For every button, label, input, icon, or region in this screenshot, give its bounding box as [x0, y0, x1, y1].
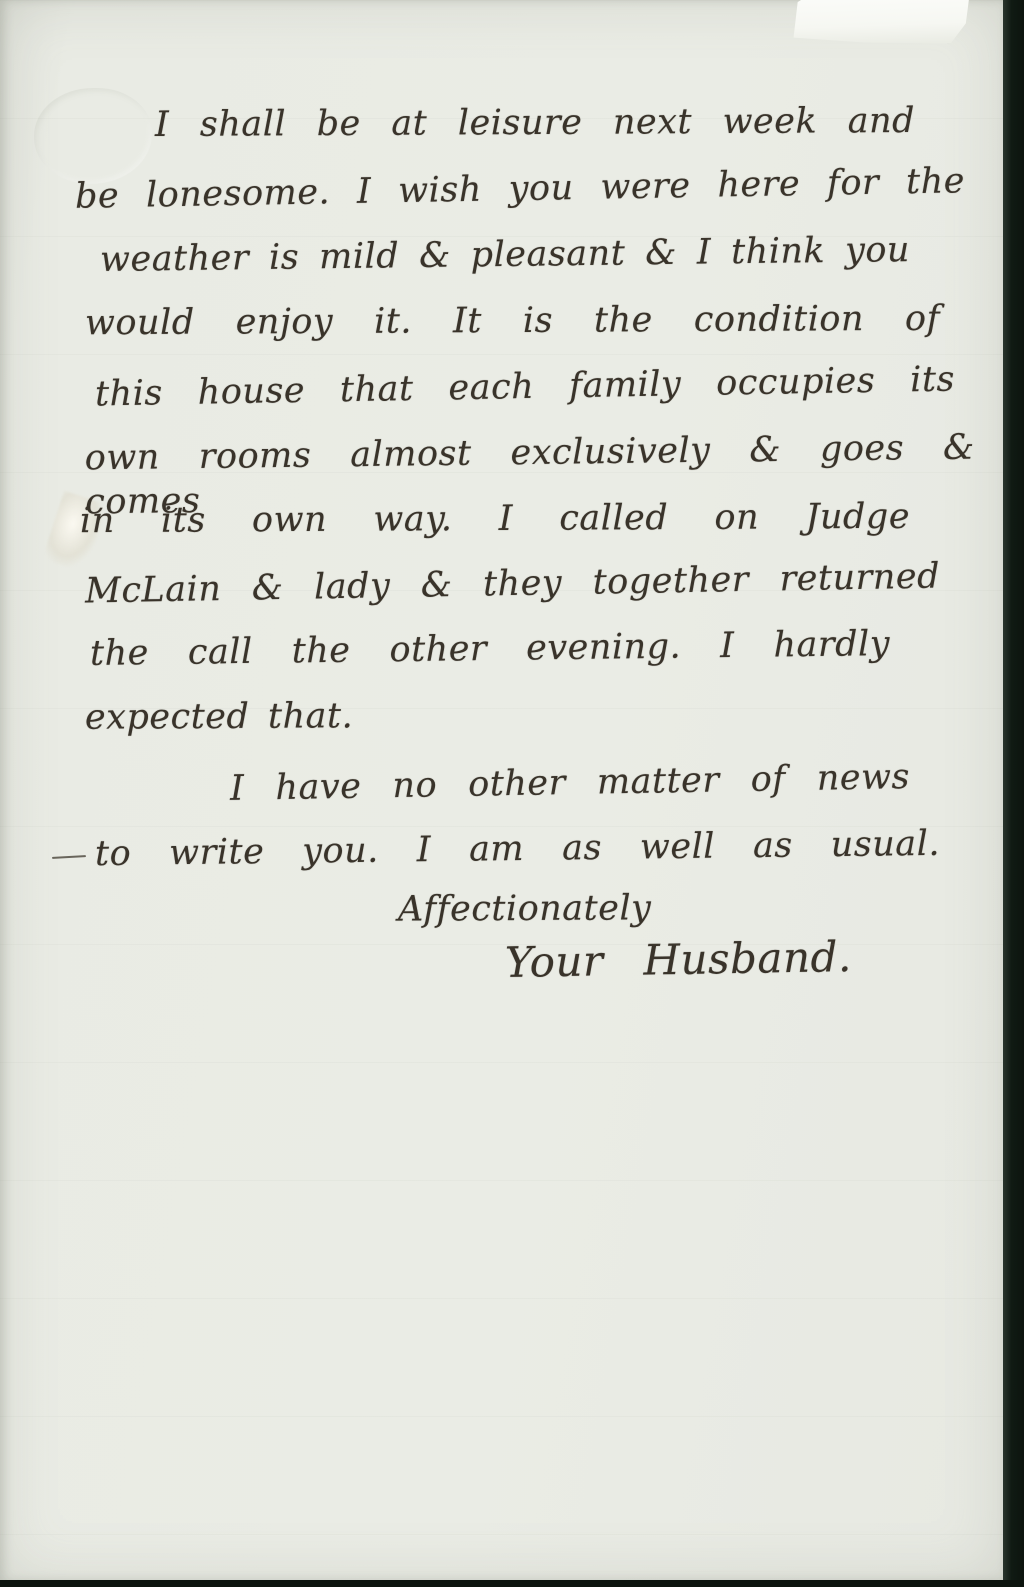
letter-line-5: this house that each family occupies its: [95, 358, 956, 417]
letter-line-1: I shall be at leisure next week and: [155, 100, 915, 148]
scan-backdrop-right: [1003, 0, 1024, 1587]
letter-line-8: McLain & lady & they together returned: [85, 556, 941, 615]
letter-line-4: would enjoy it. It is the condition of: [85, 298, 940, 346]
letter-line-9: the call the other evening. I hardly: [90, 623, 890, 677]
letter-line-3: weather is mild & pleasant & I think you: [100, 229, 910, 283]
letter-line-2: be lonesome. I wish you were here for th…: [75, 160, 966, 219]
scan-backdrop-bottom: [0, 1580, 1024, 1587]
letter-body: I shall be at leisure next week and be l…: [0, 0, 1003, 1581]
letter-page: I shall be at leisure next week and be l…: [0, 0, 1003, 1581]
letter-closing: Affectionately: [398, 887, 652, 932]
letter-line-7: in its own way. I called on Judge: [80, 496, 910, 544]
letter-line-10: expected that.: [85, 695, 353, 740]
letter-line-12: to write you. I am as well as usual.: [95, 823, 940, 877]
letter-signature: Your Husband.: [505, 931, 853, 990]
letter-line-11: I have no other matter of news: [230, 756, 911, 812]
